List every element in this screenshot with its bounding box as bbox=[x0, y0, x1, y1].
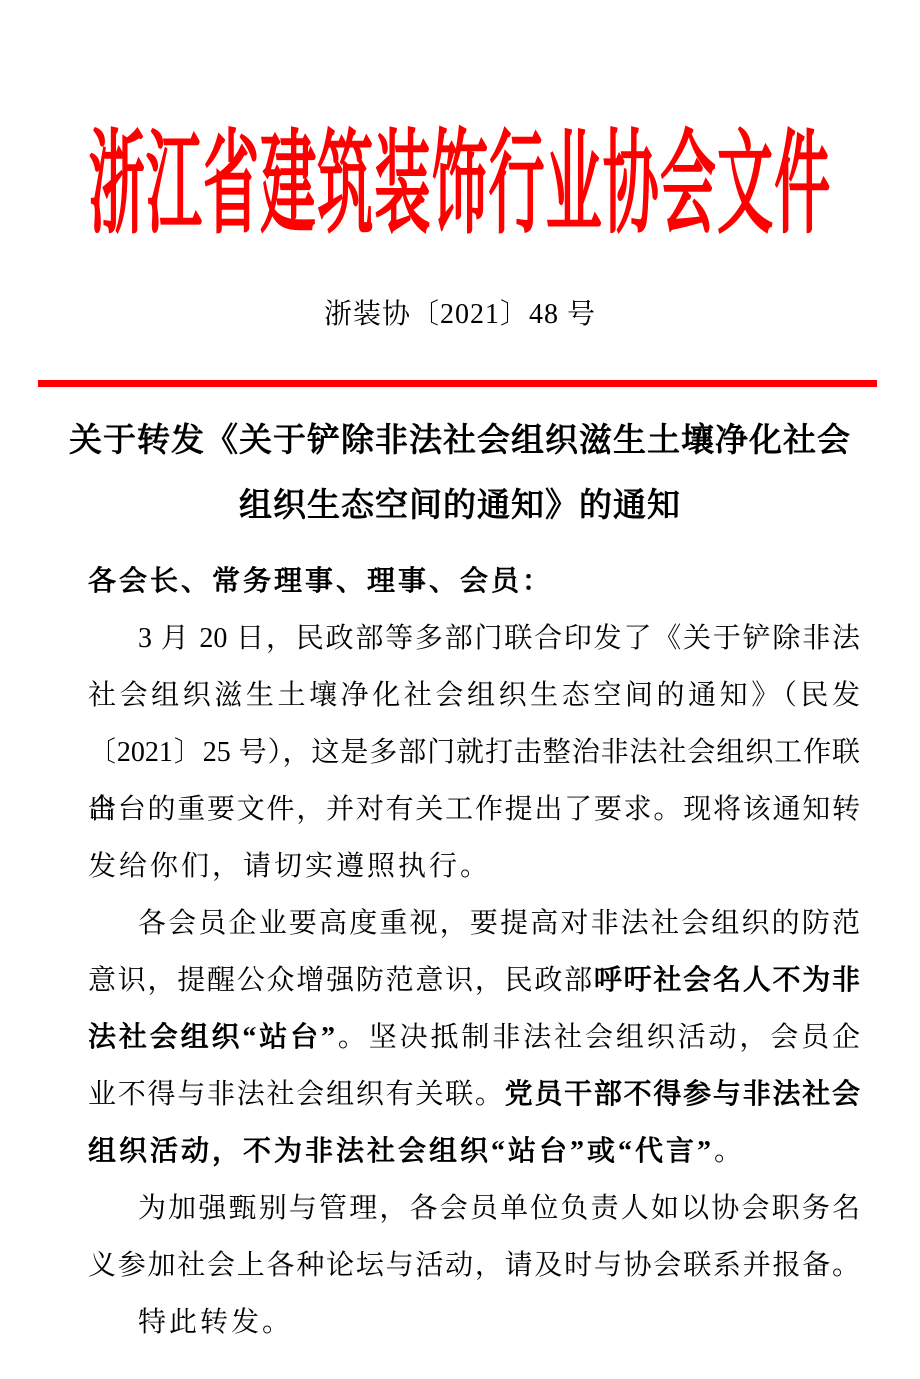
body-line: 社会组织滋生土壤净化社会组织生态空间的通知》（民发 bbox=[0, 667, 920, 724]
document-body: 3 月 20 日，民政部等多部门联合印发了《关于铲除非法社会组织滋生土壤净化社会… bbox=[0, 610, 920, 1351]
text-run: 各会员企业要高度重视，要提高对非法社会组织的防范 bbox=[138, 908, 860, 939]
bold-text-run: 党员干部不得参与非法社会 bbox=[505, 1079, 860, 1110]
doc-number: 浙装协〔2021〕48 号 bbox=[0, 298, 920, 332]
body-line: 为加强甄别与管理，各会员单位负责人如以协会职务名 bbox=[0, 1180, 920, 1237]
letterhead-org-title: 浙江省建筑装饰行业协会文件 bbox=[89, 93, 832, 255]
bold-text-run: 组织活动，不为非法社会组织“站台”或“代言” bbox=[88, 1136, 714, 1167]
text-run: 社会组织滋生土壤净化社会组织生态空间的通知》（民发 bbox=[88, 680, 860, 711]
doc-title-line-2: 组织生态空间的通知》的通知 bbox=[0, 472, 920, 537]
letterhead: 浙江省建筑装饰行业协会文件 bbox=[0, 116, 920, 232]
bold-text-run: 法社会组织“站台” bbox=[88, 1022, 335, 1053]
text-run: 意识，提醒公众增强防范意识，民政部 bbox=[88, 965, 594, 996]
body-line: 各会员企业要高度重视，要提高对非法社会组织的防范 bbox=[0, 895, 920, 952]
text-run: 。坚决抵制非法社会组织活动，会员企 bbox=[335, 1022, 860, 1053]
text-run: 为加强甄别与管理，各会员单位负责人如以协会职务名 bbox=[138, 1193, 860, 1224]
red-divider-rule bbox=[38, 380, 877, 387]
text-run: 3 月 20 日，民政部等多部门联合印发了《关于铲除非法 bbox=[138, 623, 860, 654]
body-line: 特此转发。 bbox=[0, 1294, 920, 1351]
body-line: 业不得与非法社会组织有关联。党员干部不得参与非法社会 bbox=[0, 1066, 920, 1123]
text-run: 业不得与非法社会组织有关联。 bbox=[88, 1079, 505, 1110]
body-line: 组织活动，不为非法社会组织“站台”或“代言”。 bbox=[0, 1123, 920, 1180]
body-line: 〔2021〕25 号），这是多部门就打击整治非法社会组织工作联合 bbox=[0, 724, 920, 781]
body-line: 出台的重要文件，并对有关工作提出了要求。现将该通知转 bbox=[0, 781, 920, 838]
text-run: 发给你们，请切实遵照执行。 bbox=[88, 851, 491, 882]
text-run: 。 bbox=[714, 1136, 745, 1167]
body-line: 法社会组织“站台”。坚决抵制非法社会组织活动，会员企 bbox=[0, 1009, 920, 1066]
salutation: 各会长、常务理事、理事、会员： bbox=[0, 553, 920, 610]
document-page: 浙江省建筑装饰行业协会文件 浙装协〔2021〕48 号 关于转发《关于铲除非法社… bbox=[0, 0, 920, 1379]
body-line: 意识，提醒公众增强防范意识，民政部呼吁社会名人不为非 bbox=[0, 952, 920, 1009]
body-line: 3 月 20 日，民政部等多部门联合印发了《关于铲除非法 bbox=[0, 610, 920, 667]
doc-title-line-1: 关于转发《关于铲除非法社会组织滋生土壤净化社会 bbox=[0, 407, 920, 472]
text-run: 出台的重要文件，并对有关工作提出了要求。现将该通知转 bbox=[88, 794, 860, 825]
text-run: 特此转发。 bbox=[138, 1307, 293, 1338]
body-line: 发给你们，请切实遵照执行。 bbox=[0, 838, 920, 895]
body-line: 义参加社会上各种论坛与活动，请及时与协会联系并报备。 bbox=[0, 1237, 920, 1294]
text-run: 义参加社会上各种论坛与活动，请及时与协会联系并报备。 bbox=[88, 1250, 860, 1281]
bold-text-run: 呼吁社会名人不为非 bbox=[594, 965, 860, 996]
doc-title: 关于转发《关于铲除非法社会组织滋生土壤净化社会 组织生态空间的通知》的通知 bbox=[0, 407, 920, 537]
